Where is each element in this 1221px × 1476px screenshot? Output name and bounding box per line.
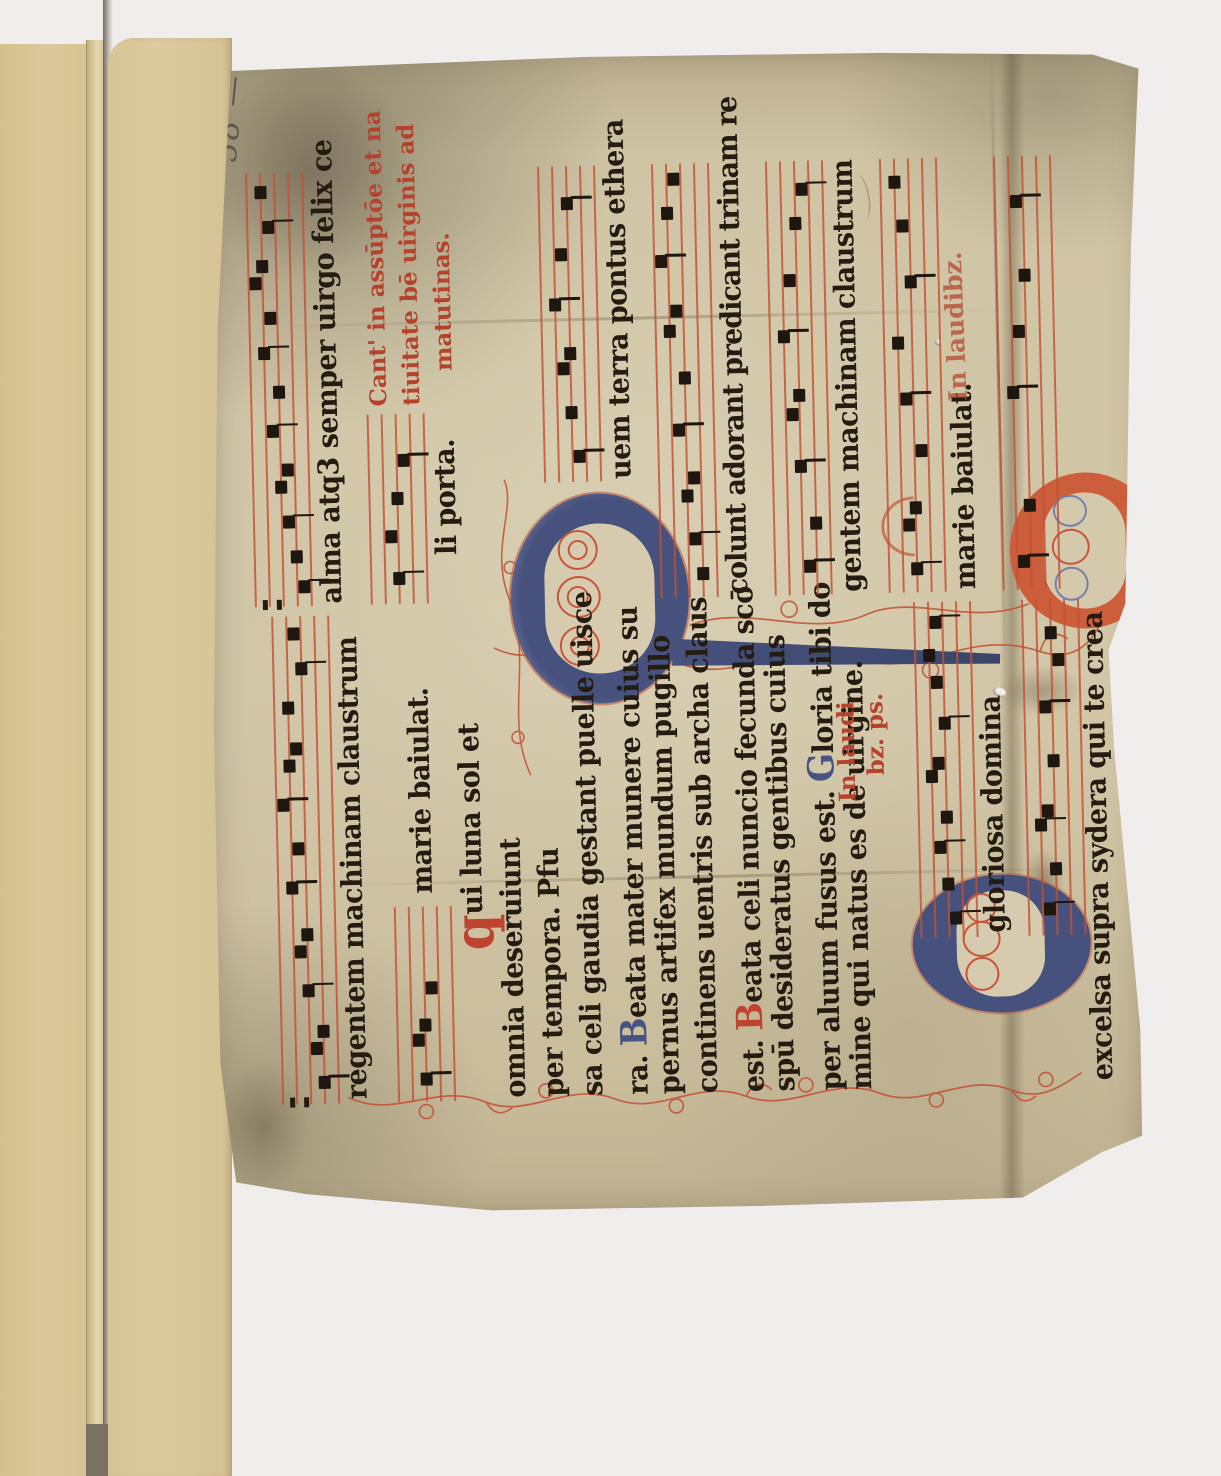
stave — [245, 172, 313, 607]
neume-note — [679, 372, 691, 385]
stave — [651, 163, 719, 598]
clef-icon — [263, 600, 268, 610]
stave-line — [271, 617, 284, 1105]
neume-note — [1042, 805, 1054, 818]
neume-note — [896, 219, 908, 232]
stave-line — [651, 164, 663, 598]
verse-text: est. — [736, 1031, 770, 1093]
neume-note — [688, 471, 700, 484]
neume-note — [667, 172, 679, 185]
stave-line — [1007, 156, 1019, 590]
neume-note — [932, 757, 944, 770]
neume-note — [254, 186, 266, 199]
lyric-line: marie baiulat. — [402, 687, 440, 894]
stave-line — [993, 156, 1005, 590]
stave-line — [245, 173, 257, 607]
neume-note — [264, 312, 276, 325]
neume-note — [664, 324, 676, 337]
neume-note — [565, 406, 577, 419]
neume-note — [1024, 498, 1036, 511]
stave-line — [765, 162, 777, 596]
neume-note — [573, 450, 585, 463]
rubric-matins: Cant' in assūptōe et na tiuitate bē uirg… — [356, 108, 462, 406]
lyric-line: colunt adorant predicant trinam re — [711, 96, 755, 594]
stave-line — [879, 159, 891, 593]
neume-note — [290, 742, 302, 755]
neume-note — [900, 393, 912, 406]
neume-note — [249, 277, 261, 290]
stave-line — [1035, 155, 1047, 589]
neume-note — [1047, 754, 1059, 767]
lyric-line: uem terra pontus ethera — [597, 119, 638, 479]
stave-line — [551, 166, 560, 482]
neume-note — [787, 408, 799, 421]
neume-note — [421, 1073, 433, 1086]
verse-text: ui luna sol et — [452, 723, 489, 915]
parchment-leaf: 38 — — [212, 50, 1144, 1215]
neume-note — [697, 567, 709, 580]
stave-line — [665, 164, 677, 598]
neume-note — [1018, 269, 1030, 282]
neume-note — [282, 701, 294, 714]
neume-note — [1044, 902, 1056, 915]
stave — [367, 413, 429, 604]
lyric-line: li porta. — [428, 439, 463, 556]
neume-note — [549, 299, 561, 312]
neume-note — [298, 580, 310, 593]
neume-note — [795, 182, 807, 195]
verse-text: ra. — [621, 1046, 655, 1095]
stave — [271, 616, 340, 1105]
lyric-line: marie baiulat. — [945, 383, 983, 590]
stave-line — [299, 616, 312, 1104]
album-page-left-edge — [0, 44, 86, 1476]
stave-line — [259, 173, 271, 607]
verse-text: omnia deseruiunt — [494, 838, 533, 1098]
neume-note — [292, 842, 304, 855]
neume-note — [905, 275, 917, 288]
stave-line — [1063, 599, 1073, 935]
neume-note — [282, 463, 294, 476]
neume-note — [391, 492, 403, 505]
neume-note — [413, 1034, 425, 1047]
stave-line — [1021, 156, 1033, 590]
neume-note — [256, 260, 268, 273]
neume-note — [915, 445, 927, 458]
neume-note — [941, 810, 953, 823]
rubric-line: In laudi — [831, 693, 862, 802]
stave-line — [367, 415, 373, 605]
album-guard-page — [108, 38, 232, 1476]
lyric-line: alma atq3 semper uirgo felix ce — [305, 139, 348, 604]
neume-note — [273, 385, 285, 398]
neume-note — [929, 616, 941, 629]
manuscript-photo-canvas: { "folio": {"number": "38", "dash": "—"}… — [0, 0, 1221, 1476]
neume-note — [804, 560, 816, 573]
neume-note — [888, 176, 900, 189]
colored-initial: B — [728, 1002, 771, 1031]
neume-note — [655, 255, 667, 268]
stave — [913, 601, 979, 938]
neume-note — [950, 911, 962, 924]
neume-note — [1045, 626, 1057, 639]
text-column-left: regentem machinam claustrum marie baiula… — [219, 596, 1132, 1106]
neume-note — [673, 424, 685, 437]
neume-note — [892, 337, 904, 350]
rubric-line: matutinas. — [422, 108, 462, 405]
hymn-verse-block: qui luna sol etomnia deseruiuntper tempo… — [451, 601, 885, 1098]
neume-note — [275, 481, 287, 494]
neume-note — [931, 676, 943, 689]
stave-line — [565, 166, 574, 482]
stave — [765, 160, 833, 595]
colored-initial: B — [613, 1018, 656, 1047]
neume-note — [311, 1042, 323, 1055]
neume-note — [295, 662, 307, 675]
neume-note — [283, 760, 295, 773]
stave-line — [409, 414, 415, 604]
neume-note — [689, 532, 701, 545]
neume-note — [286, 882, 298, 895]
neume-note — [778, 330, 790, 343]
neume-note — [1052, 653, 1064, 666]
stave — [879, 158, 947, 593]
rubric-in-laudibus-edge: In laudibz. — [938, 251, 973, 402]
neume-note — [1050, 862, 1062, 875]
rubric-line: tiuitate bē uirginis ad — [389, 109, 429, 406]
verse-text: per tempora. Pfu — [532, 847, 570, 1097]
rubric-line: bz. ps. — [860, 693, 891, 802]
neume-note — [555, 248, 567, 261]
neume-note — [277, 799, 289, 812]
neume-note — [397, 454, 409, 467]
neume-note — [1039, 701, 1051, 714]
stave-line — [921, 158, 933, 592]
neume-note — [564, 347, 576, 360]
neume-note — [810, 516, 822, 529]
clef-icon — [290, 1098, 295, 1108]
neume-note — [661, 207, 673, 220]
neume-note — [287, 628, 299, 641]
neume-note — [561, 197, 573, 210]
neume-note — [419, 1018, 431, 1031]
neume-note — [939, 716, 951, 729]
stave — [537, 166, 602, 483]
stave-line — [1035, 600, 1045, 936]
neume-note — [295, 945, 307, 958]
stave-line — [287, 172, 299, 606]
lyric-line: excelsa supra sydera qui te crea — [1076, 611, 1119, 1080]
text-column-right: alma atq3 semper uirgo felix ce li porta… — [209, 152, 1121, 608]
neume-note — [942, 878, 954, 891]
neume-note — [911, 562, 923, 575]
neume-note — [1035, 818, 1047, 831]
neume-note — [258, 347, 270, 360]
lyric-line: gentem machinam claustrum — [826, 159, 869, 592]
neume-note — [1013, 325, 1025, 338]
stave-line — [913, 602, 923, 938]
neume-note — [923, 649, 935, 662]
neume-note — [934, 841, 946, 854]
neume-note — [789, 217, 801, 230]
neume-note — [670, 305, 682, 318]
rubric-in-laudibus: In laudi bz. ps. — [831, 693, 891, 802]
neume-note — [283, 515, 295, 528]
neume-note — [1007, 386, 1019, 399]
stave-line — [285, 617, 298, 1105]
stave — [993, 155, 1061, 590]
neume-note — [793, 389, 805, 402]
neume-note — [425, 981, 437, 994]
neume-note — [681, 489, 693, 502]
neume-note — [795, 460, 807, 473]
stave-line — [579, 166, 588, 482]
stave-line — [408, 907, 414, 1102]
neume-note — [783, 274, 795, 287]
neume-note — [291, 550, 303, 563]
neume-note — [926, 770, 938, 783]
stave-line — [1049, 155, 1061, 589]
neume-note — [557, 362, 569, 375]
stave-line — [394, 907, 400, 1102]
stave-line — [537, 167, 546, 483]
manuscript-content-rotated: 38 — — [207, 44, 1134, 1184]
neume-note — [903, 519, 915, 532]
neume-note — [317, 1025, 329, 1038]
stave-line — [955, 601, 965, 937]
neume-note — [1018, 555, 1030, 568]
neume-note — [1010, 195, 1022, 208]
lyric-line: gloriosa domina — [974, 695, 1012, 933]
neume-note — [910, 501, 922, 514]
neume-note — [302, 984, 314, 997]
neume-note — [301, 928, 313, 941]
neume-note — [262, 221, 274, 234]
neume-note — [267, 424, 279, 437]
neume-note — [319, 1076, 331, 1089]
album-page-fold-edge — [86, 40, 104, 1476]
neume-note — [393, 572, 405, 585]
neume-note — [385, 530, 397, 543]
stave-line — [381, 414, 387, 604]
gutter-bottom-notch — [86, 1424, 108, 1476]
